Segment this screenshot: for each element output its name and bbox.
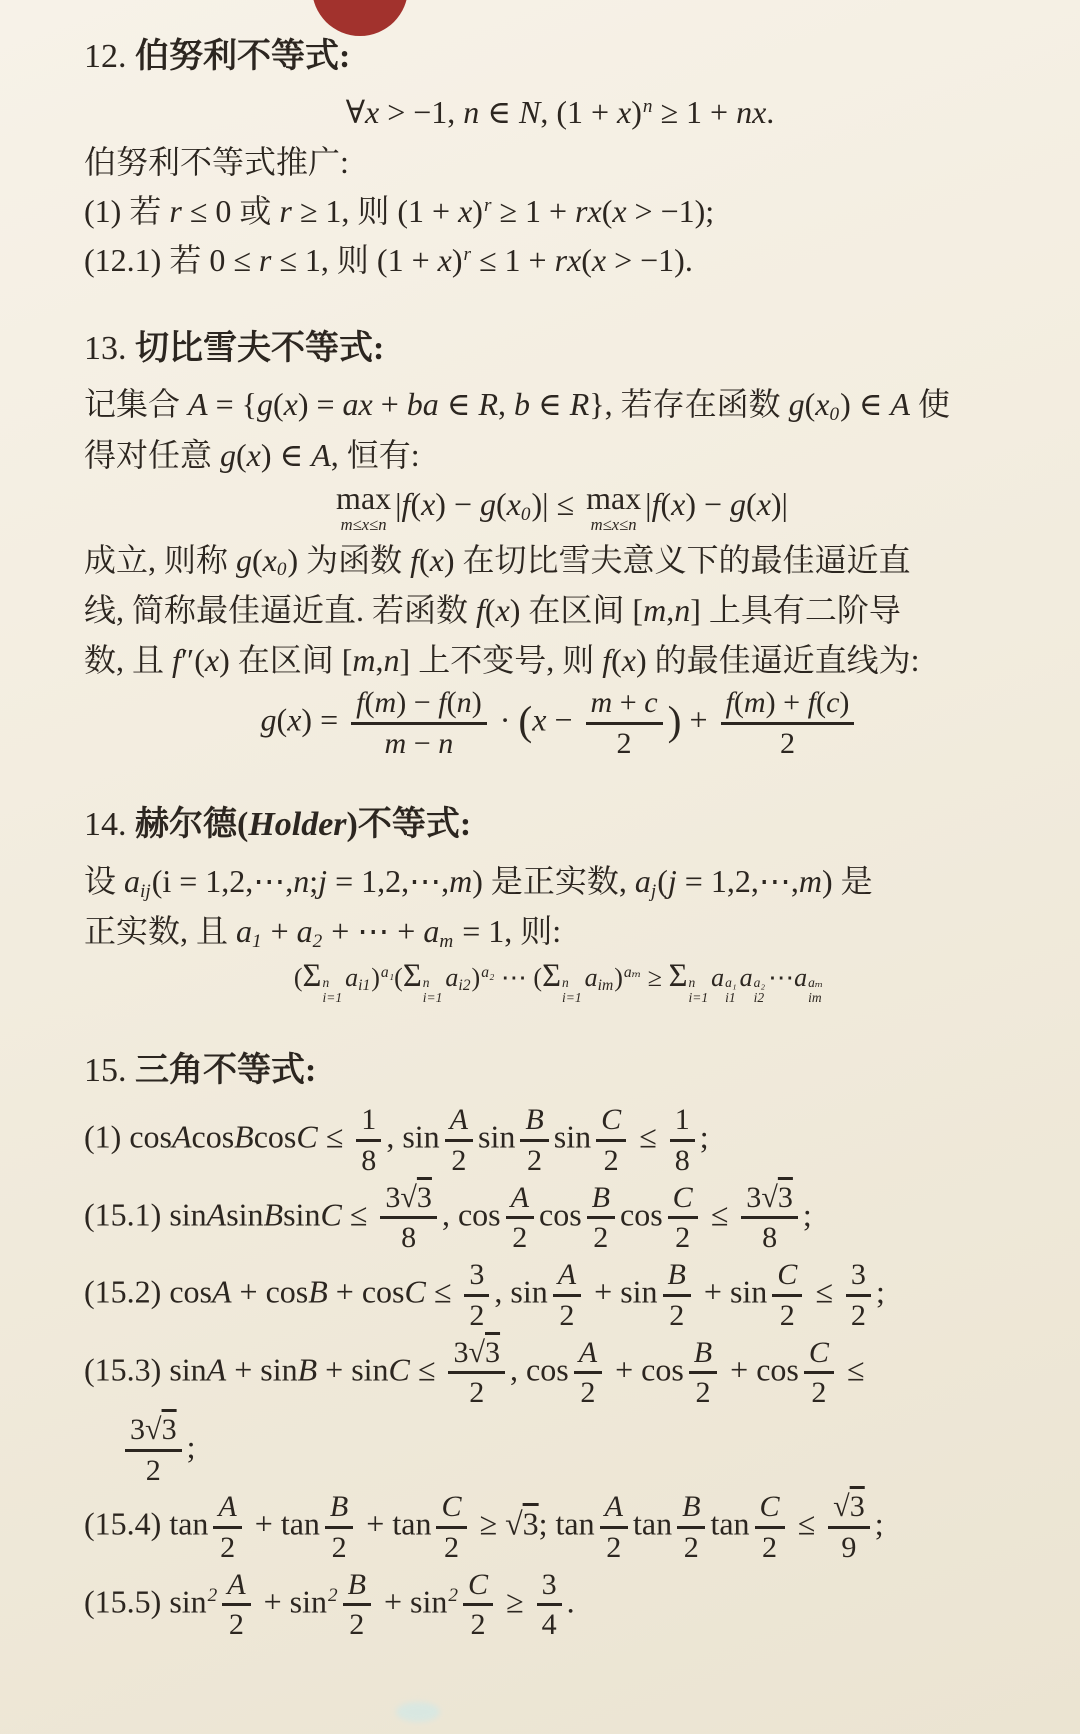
formula-line: 数, 且 f″(x) 在区间 [m,n] 上不变号, 则 f(x) 的最佳逼近直… (84, 637, 1036, 683)
fraction: C2 (436, 1490, 466, 1564)
formula-line: 正实数, 且 a1 + a2 + ⋯ + am = 1, 则: (84, 908, 1036, 956)
section-heading: 12. 伯努利不等式: (84, 32, 1036, 81)
fraction: √39 (828, 1490, 870, 1564)
fraction: C2 (772, 1258, 802, 1332)
fraction: B2 (587, 1181, 615, 1255)
stacked-scripts: ni=1 (688, 976, 708, 1006)
big-delimiter: ) (668, 698, 682, 744)
superscript: a₂ (481, 964, 494, 981)
fraction: m + c2 (586, 686, 663, 760)
formula-line: (Σni=1ai1)a₁(Σni=1ai2)a₂ ⋯ (Σni=1aim)aₘ … (84, 959, 1036, 1006)
stacked-scripts: ni=1 (322, 976, 342, 1006)
fraction: B2 (325, 1490, 353, 1564)
formula-line: maxm≤x≤n|f(x) − g(x0)| ≤ maxm≤x≤n|f(x) −… (84, 481, 1036, 533)
fraction: 3√38 (741, 1181, 798, 1255)
sum-symbol: Σ (403, 958, 422, 994)
fraction: 32 (464, 1258, 489, 1332)
formula-line: (1) 若 r ≤ 0 或 r ≥ 1, 则 (1 + x)r ≥ 1 + rx… (84, 188, 1036, 234)
fraction: 3√38 (380, 1181, 437, 1255)
fraction: A2 (213, 1490, 241, 1564)
page: { "page": { "background": "#f2ecde", "in… (0, 0, 1080, 1734)
formula-line: (12.1) 若 0 ≤ r ≤ 1, 则 (1 + x)r ≤ 1 + rx(… (84, 237, 1036, 283)
subscript: 1 (252, 931, 262, 952)
subscript: j (651, 881, 656, 902)
section-holder-inequality: 14. 赫尔德(Holder)不等式:设 aij(i = 1,2,⋯,n;j =… (84, 800, 1036, 1006)
section-bernoulli-inequality: 12. 伯努利不等式:∀x > −1, n ∈ N, (1 + x)n ≥ 1 … (84, 32, 1036, 284)
superscript: 2 (328, 1585, 338, 1606)
fraction: B2 (689, 1336, 717, 1410)
fraction: A2 (222, 1568, 250, 1642)
fraction: A2 (506, 1181, 534, 1255)
formula-line: (15.1) sinAsinBsinC ≤ 3√38, cosA2cosB2co… (84, 1181, 1036, 1255)
sqrt: √3 (145, 1412, 177, 1446)
formula-line: (15.2) cosA + cosB + cosC ≤ 32, sinA2 + … (84, 1258, 1036, 1332)
stacked-scripts: ni=1 (423, 976, 443, 1006)
fraction: C2 (463, 1568, 493, 1642)
subscript: 2 (313, 931, 323, 952)
subscript: 0 (829, 404, 839, 425)
fraction: B2 (520, 1103, 548, 1177)
fraction: A2 (574, 1336, 602, 1410)
formula-sheet: 12. 伯努利不等式:∀x > −1, n ∈ N, (1 + x)n ≥ 1 … (0, 0, 1080, 1642)
subscript: 0 (277, 559, 287, 580)
ink-smudge (396, 1702, 440, 1722)
formula-line: ∀x > −1, n ∈ N, (1 + x)n ≥ 1 + nx. (84, 89, 1036, 135)
formula-line: g(x) = f(m) − f(n)m − n · (x − m + c2) +… (84, 686, 1036, 760)
stacked-scripts: a₂i2 (754, 976, 765, 1006)
stacked-scripts: ni=1 (562, 976, 582, 1006)
fraction: B2 (343, 1568, 371, 1642)
fraction: A2 (445, 1103, 473, 1177)
stacked-scripts: a₁i1 (725, 976, 736, 1006)
formula-line: 伯努利不等式推广: (84, 139, 1036, 185)
fraction: A2 (553, 1258, 581, 1332)
superscript: 2 (208, 1585, 218, 1606)
fraction: 18 (356, 1103, 381, 1177)
sqrt: √3 (833, 1489, 865, 1523)
subscript: i1 (358, 977, 370, 994)
fraction: C2 (668, 1181, 698, 1255)
section-chebyshev-inequality: 13. 切比雪夫不等式:记集合 A = {g(x) = ax + ba ∈ R,… (84, 324, 1036, 761)
formula-line: 3√32; (84, 1413, 1036, 1487)
sqrt: √3 (761, 1180, 793, 1214)
max-operator: maxm≤x≤n (336, 482, 391, 534)
sum-symbol: Σ (669, 958, 688, 994)
section-heading: 13. 切比雪夫不等式: (84, 324, 1036, 373)
fraction: 3√32 (448, 1336, 505, 1410)
section-triangle-inequality: 15. 三角不等式:(1) cosAcosBcosC ≤ 18, sinA2si… (84, 1046, 1036, 1642)
subscript: ij (140, 881, 151, 902)
sqrt: √3 (400, 1180, 432, 1214)
fraction: B2 (677, 1490, 705, 1564)
fraction: 34 (537, 1568, 562, 1642)
formula-line: (15.4) tanA2 + tanB2 + tanC2 ≥ √3; tanA2… (84, 1490, 1036, 1564)
subscript: m (439, 931, 453, 952)
fraction: B2 (663, 1258, 691, 1332)
superscript: a₁ (381, 964, 394, 981)
formula-line: 成立, 则称 g(x0) 为函数 f(x) 在切比雪夫意义下的最佳逼近直 (84, 537, 1036, 585)
max-operator: maxm≤x≤n (586, 482, 641, 534)
fraction: 32 (846, 1258, 871, 1332)
subscript: 0 (521, 504, 531, 525)
fraction: f(m) − f(n)m − n (351, 686, 487, 760)
fraction: C2 (596, 1103, 626, 1177)
superscript: aₘ (624, 964, 641, 981)
superscript: r (463, 244, 470, 265)
formula-line: (15.3) sinA + sinB + sinC ≤ 3√32, cosA2 … (84, 1336, 1036, 1410)
formula-line: (15.5) sin2A2 + sin2B2 + sin2C2 ≥ 34. (84, 1568, 1036, 1642)
formula-line: (1) cosAcosBcosC ≤ 18, sinA2sinB2sinC2 ≤… (84, 1103, 1036, 1177)
section-heading: 14. 赫尔德(Holder)不等式: (84, 800, 1036, 849)
fraction: C2 (755, 1490, 785, 1564)
formula-line: 记集合 A = {g(x) = ax + ba ∈ R, b ∈ R}, 若存在… (84, 381, 1036, 429)
sqrt: √3 (468, 1335, 500, 1369)
fraction: 18 (670, 1103, 695, 1177)
subscript: i2 (458, 977, 470, 994)
fraction: C2 (804, 1336, 834, 1410)
stacked-scripts: aₘim (808, 976, 823, 1006)
sqrt: √3 (505, 1506, 539, 1542)
superscript: 2 (448, 1585, 458, 1606)
formula-line: 设 aij(i = 1,2,⋯,n;j = 1,2,⋯,m) 是正实数, aj(… (84, 858, 1036, 906)
sum-symbol: Σ (542, 958, 561, 994)
fraction: f(m) + f(c)2 (721, 686, 855, 760)
subscript: im (598, 977, 614, 994)
fraction: A2 (600, 1490, 628, 1564)
fraction: 3√32 (125, 1413, 182, 1487)
sum-symbol: Σ (303, 958, 322, 994)
formula-line: 得对任意 g(x) ∈ A, 恒有: (84, 432, 1036, 478)
section-heading: 15. 三角不等式: (84, 1046, 1036, 1095)
big-delimiter: ( (518, 698, 532, 744)
formula-line: 线, 简称最佳逼近直. 若函数 f(x) 在区间 [m,n] 上具有二阶导 (84, 587, 1036, 633)
